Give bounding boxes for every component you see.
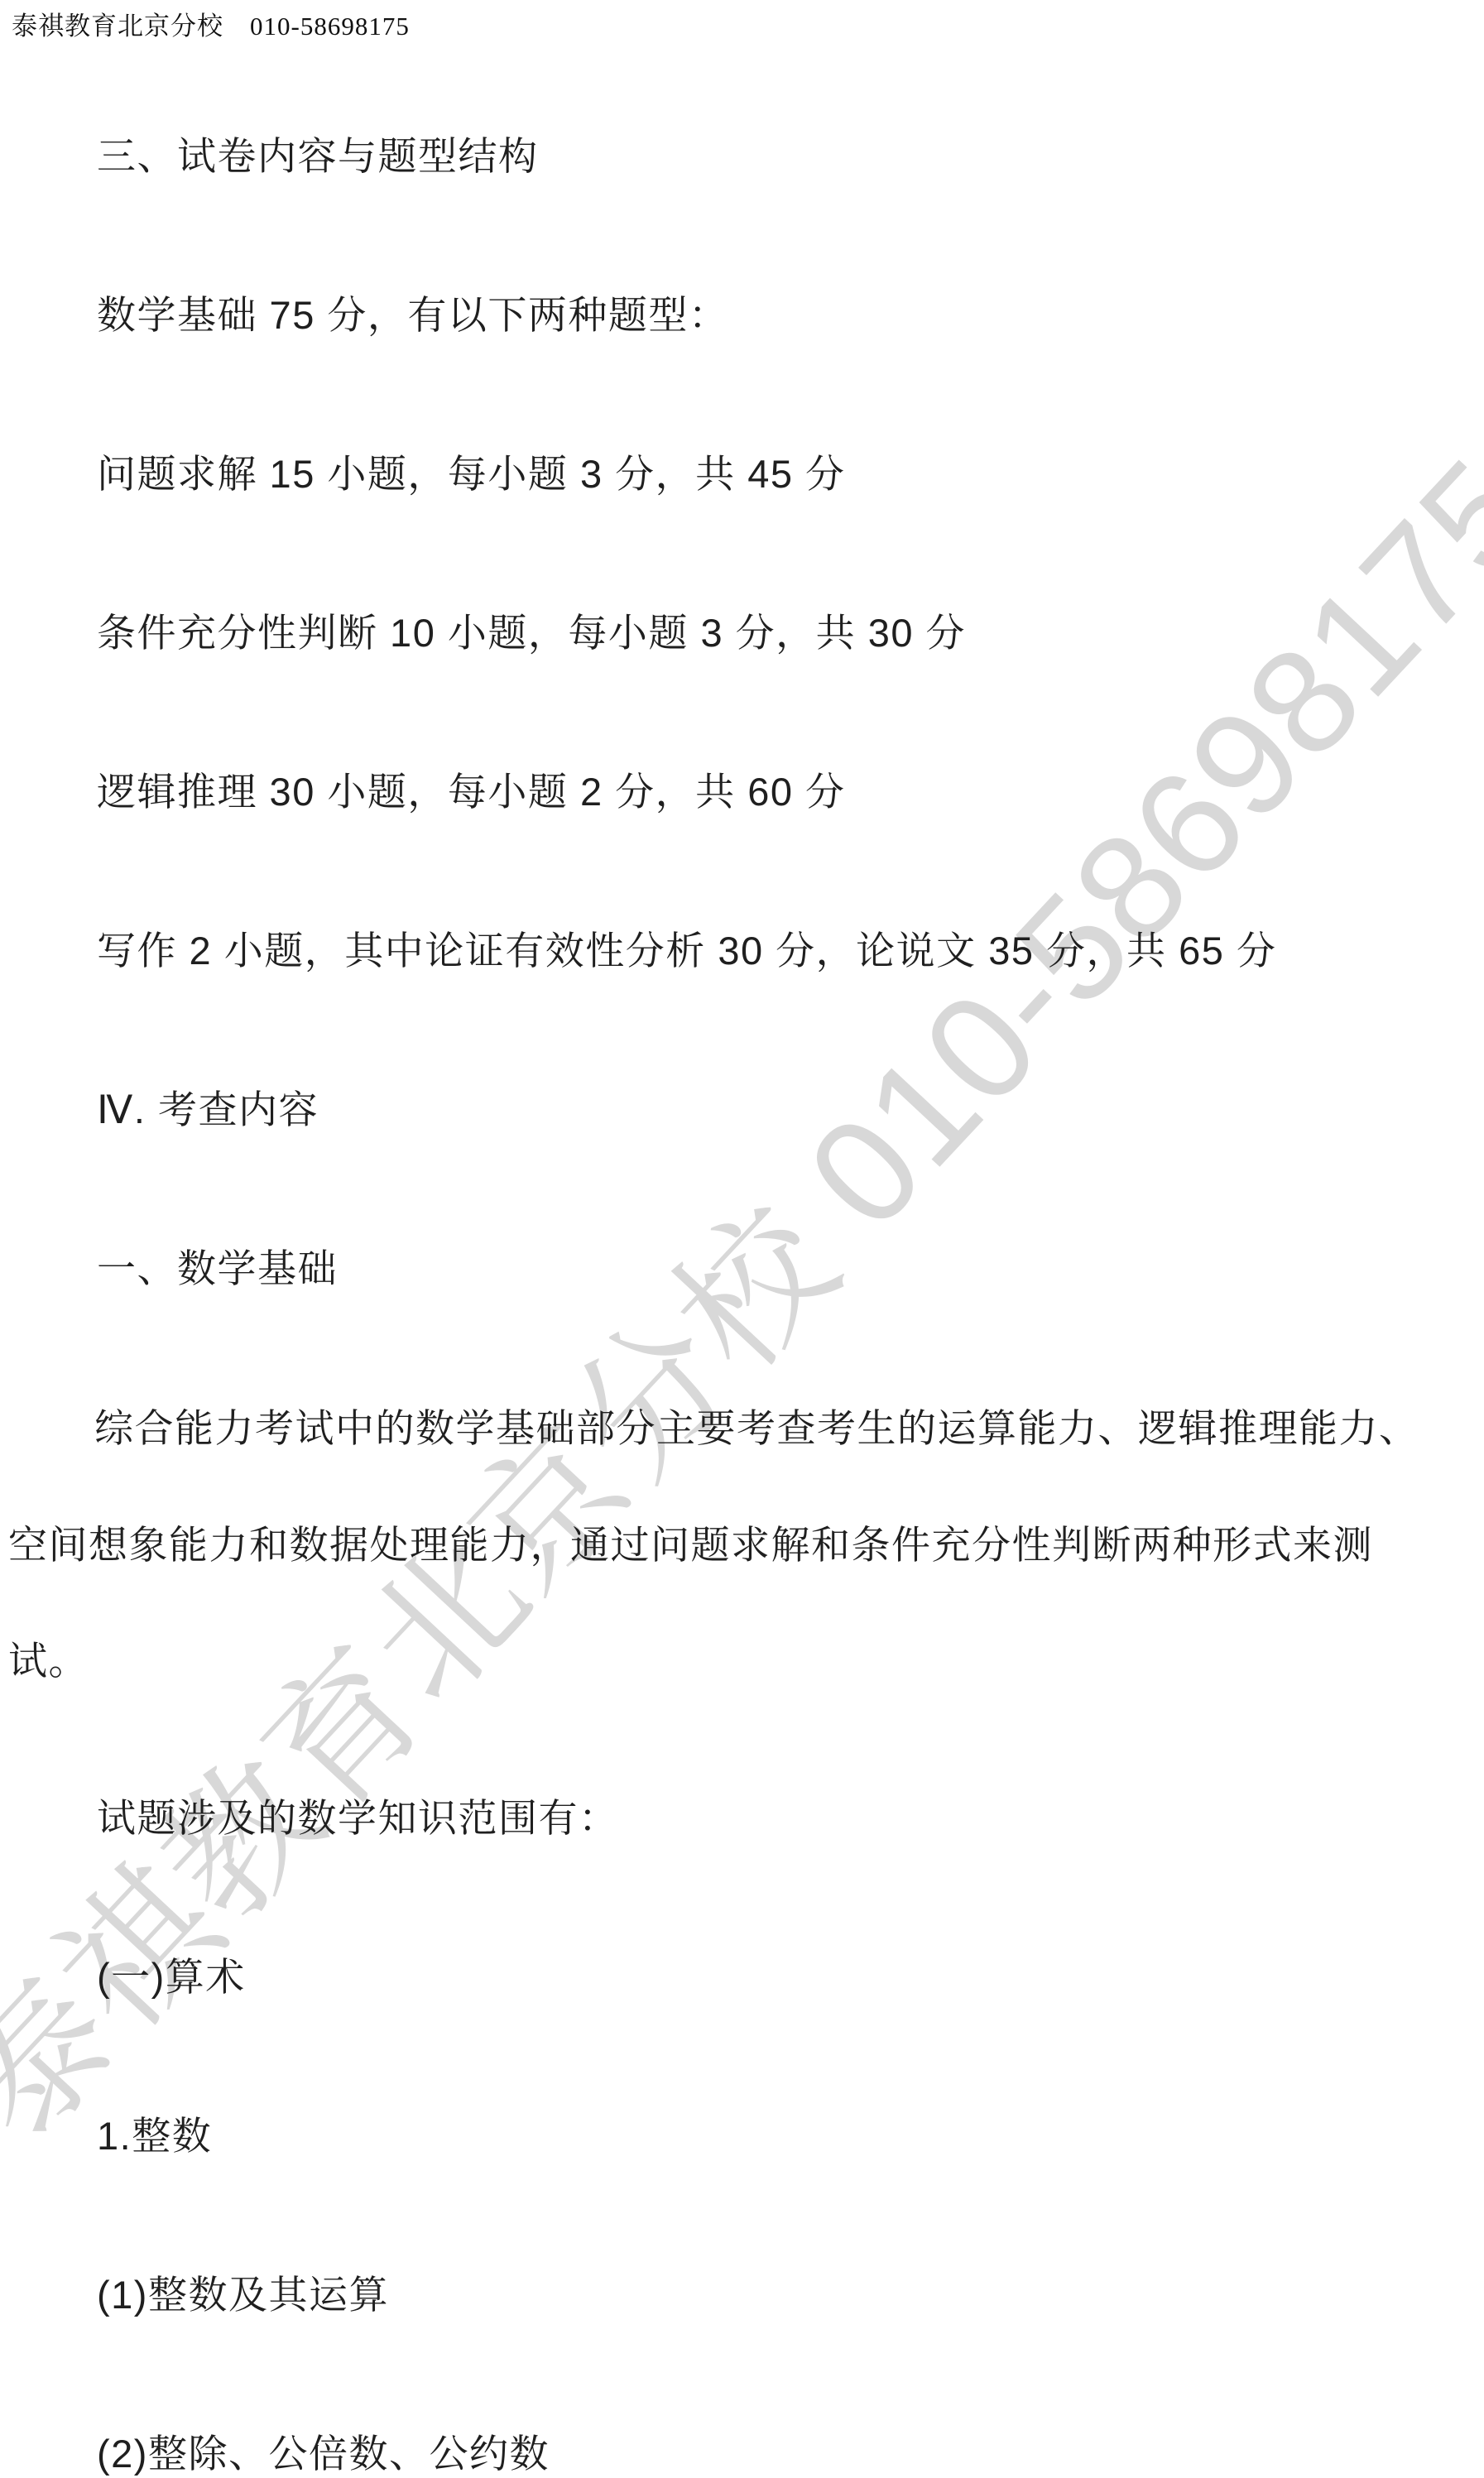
paragraph-line-1: 综合能力考试中的数学基础部分主要考查考生的运算能力、逻辑推理能力、 (94, 1405, 1419, 1453)
section-heading-exam-content: Ⅳ. 考查内容 (97, 1086, 319, 1134)
doc-line-sufficiency-judgment: 条件充分性判断 10 小题，每小题 3 分，共 30 分 (97, 609, 966, 657)
doc-line-writing: 写作 2 小题，其中论证有效性分析 30 分，论说文 35 分，共 65 分 (97, 927, 1276, 975)
subsection-heading-arithmetic: (一)算术 (97, 1953, 246, 2001)
doc-line-knowledge-scope: 试题涉及的数学知识范围有： (97, 1794, 619, 1842)
document-page: 泰祺教育北京分校 010-58698175 泰祺教育北京分校 010-58698… (0, 0, 1484, 2478)
page-header-contact: 泰祺教育北京分校 010-58698175 (12, 5, 410, 42)
paragraph-line-2: 空间想象能力和数据处理能力，通过问题求解和条件充分性判断两种形式来测 (8, 1521, 1373, 1569)
doc-line-problem-solving: 问题求解 15 小题，每小题 3 分，共 45 分 (97, 450, 846, 498)
item-divisibility-lcm-gcd: (2)整除、公倍数、公约数 (97, 2430, 550, 2478)
item-heading-integers: 1.整数 (97, 2112, 212, 2160)
section-heading-exam-structure: 三、试卷内容与题型结构 (97, 132, 539, 180)
doc-line-logic-reasoning: 逻辑推理 30 小题，每小题 2 分，共 60 分 (97, 768, 846, 816)
paragraph-line-3: 试。 (8, 1637, 89, 1685)
section-heading-math-basis: 一、数学基础 (97, 1245, 338, 1293)
item-integers-operations: (1)整数及其运算 (97, 2271, 389, 2319)
doc-line-math-total: 数学基础 75 分，有以下两种题型： (97, 291, 728, 339)
